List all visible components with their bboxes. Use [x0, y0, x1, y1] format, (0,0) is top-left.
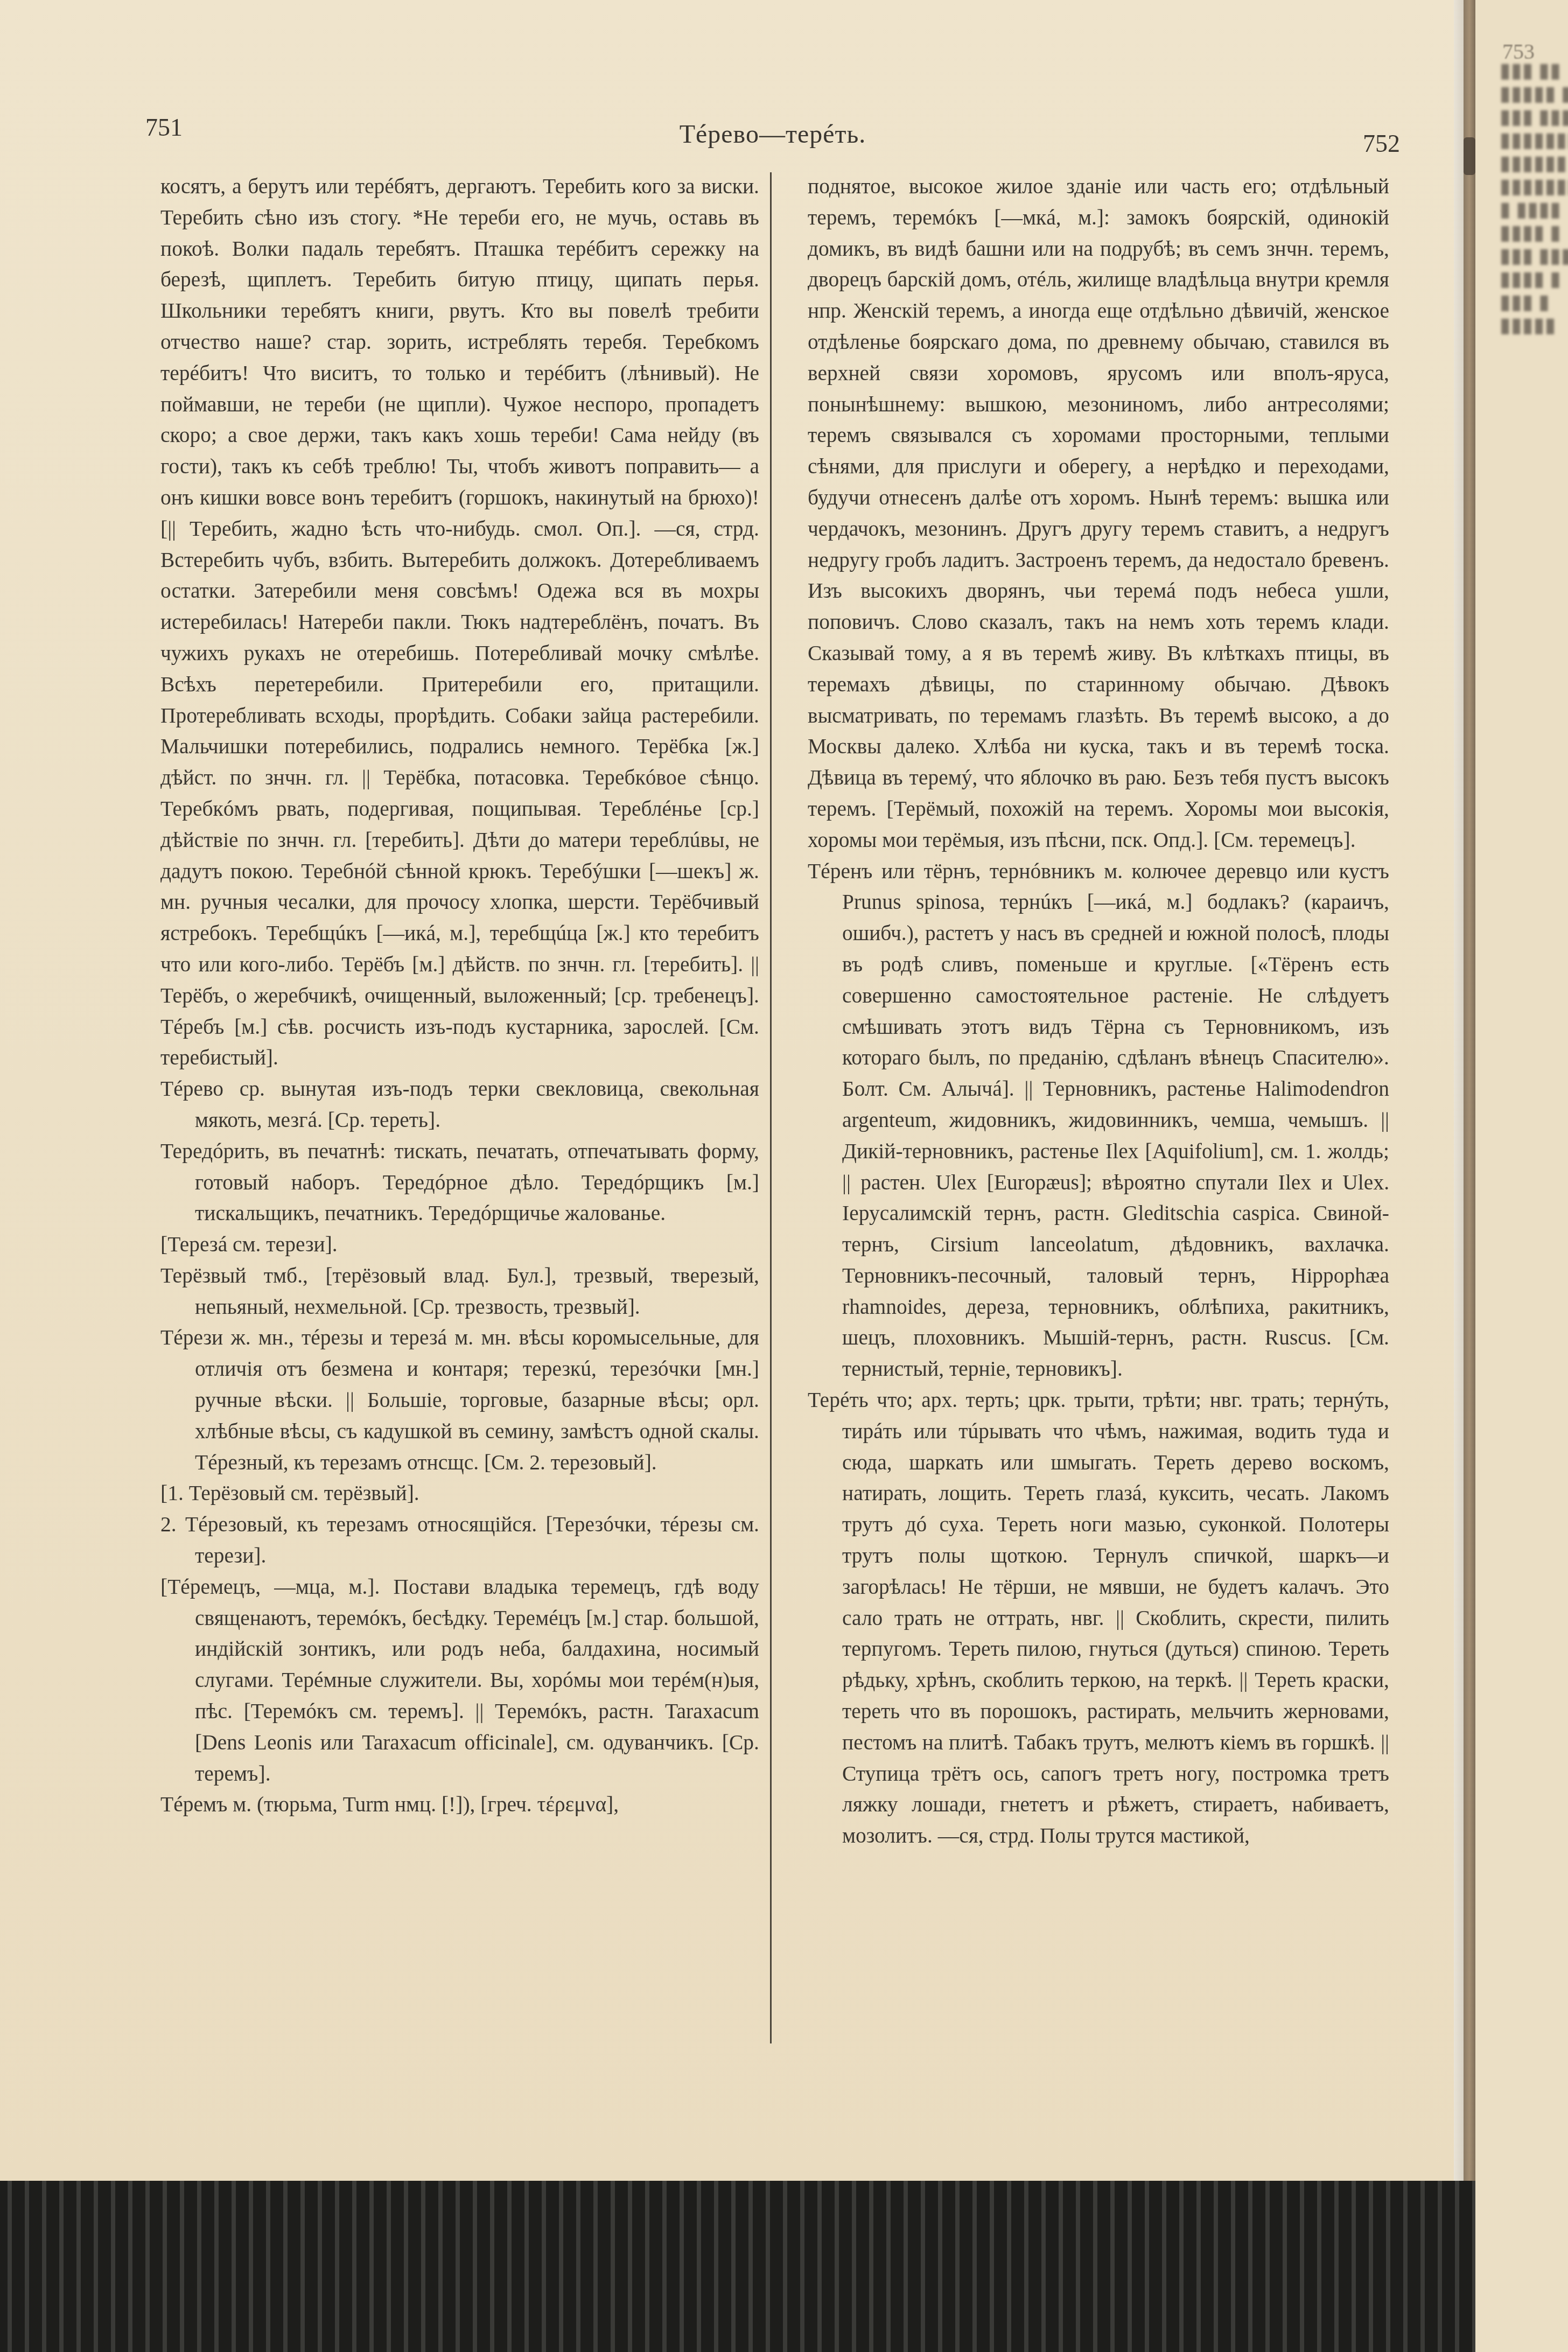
running-title: Тéрево—терéть. [145, 120, 1400, 149]
blurred-text: ▮▮▮ ▮▮▮▮▮▮▮ ▮▮▮▮▮ ▮▮▮▮▮▮▮▮▮▮▮▮▮▮▮▮▮▮▮▮▮▮… [1500, 59, 1568, 337]
dictionary-entry: Терéть что; арх. терть; црк. трыти, трѣт… [808, 1385, 1389, 1852]
book-spine [1464, 0, 1475, 2262]
dictionary-page-spread: 751 Тéрево—терéть. 752 косятъ, а берутъ … [0, 0, 1454, 2181]
dictionary-entry: поднятое, высокое жилое зданіе или часть… [808, 171, 1389, 856]
spine-stain [1464, 137, 1475, 175]
dictionary-entry: Тéрево ср. вынутая изъ-подъ терки свекло… [160, 1074, 759, 1136]
page-number-right: 752 [1363, 129, 1400, 158]
dictionary-entry: Тéрези ж. мн., тéрезы и терезá м. мн. вѣ… [160, 1322, 759, 1478]
dictionary-entry: [1. Терёзовый см. терёзвый]. [160, 1478, 759, 1509]
scanner-mat [0, 2181, 1475, 2352]
dictionary-entry: косятъ, а берутъ или терéбятъ, дергаютъ.… [160, 171, 759, 1074]
column-divider [770, 172, 772, 2043]
left-column: косятъ, а берутъ или терéбятъ, дергаютъ.… [160, 171, 759, 1821]
dictionary-entry: 2. Тéрезовый, къ терезамъ относящійся. [… [160, 1509, 759, 1572]
dictionary-entry: [Терезá см. терези]. [160, 1229, 759, 1261]
right-column: поднятое, высокое жилое зданіе или часть… [808, 171, 1389, 1852]
dictionary-entry: Тередóрить, въ печатнѣ: тискать, печатат… [160, 1136, 759, 1229]
next-page-edge: 753 ▮▮▮ ▮▮▮▮▮▮▮ ▮▮▮▮▮ ▮▮▮▮▮▮▮▮▮▮▮▮▮▮▮▮▮▮… [1475, 0, 1568, 2352]
dictionary-entry: Тéренъ или тёрнъ, тернóвникъ м. колючее … [808, 856, 1389, 1385]
dictionary-entry: Тéремъ м. (тюрьма, Turm нмц. [!]), [греч… [160, 1789, 759, 1821]
page-header: 751 Тéрево—терéть. 752 [145, 113, 1400, 156]
dictionary-entry: Терёзвый тмб., [терёзовый влад. Бул.], т… [160, 1261, 759, 1323]
page-edge [1454, 0, 1464, 2240]
dictionary-entry: [Тéремецъ, —мца, м.]. Постави владыка те… [160, 1572, 759, 1790]
